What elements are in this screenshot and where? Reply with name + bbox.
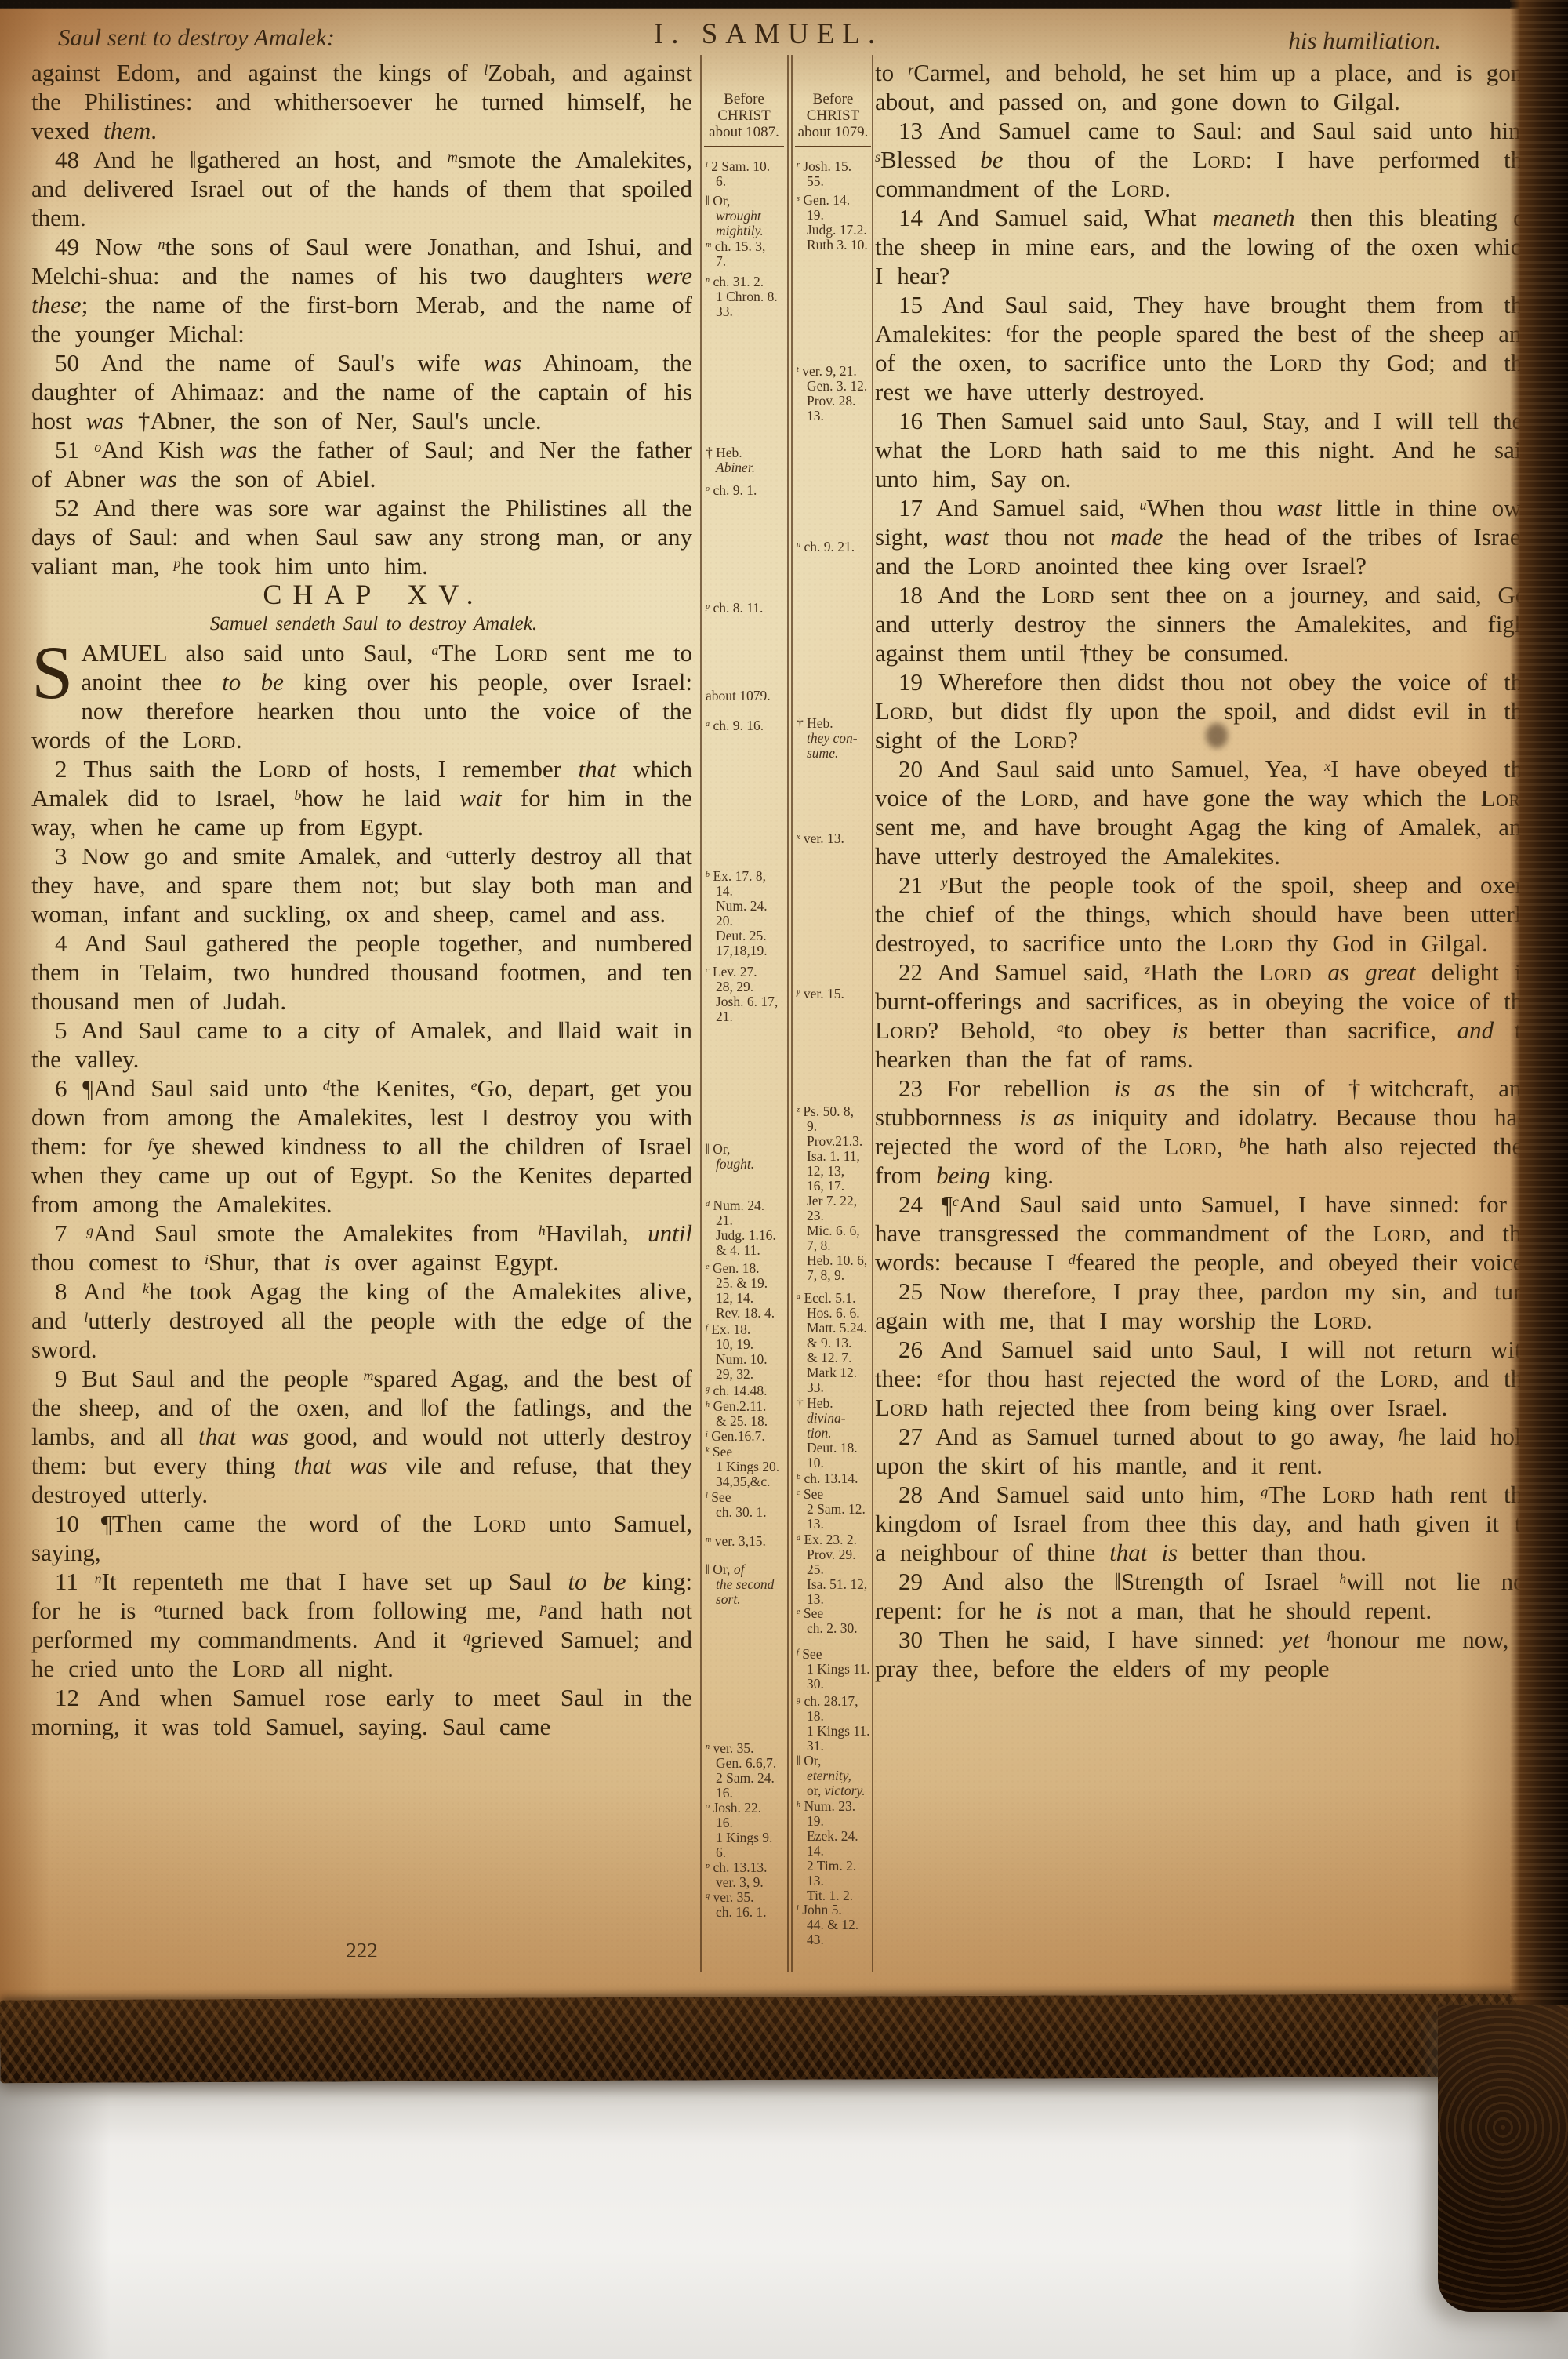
verse-paragraph: 25 Now therefore, I pray thee, pardon my… [875, 1277, 1534, 1335]
margin-note: t ver. 9, 21. Gen. 3. 12. Prov. 28. 13. [797, 364, 871, 423]
bible-page: Saul sent to destroy Amalek: I. SAMUEL. … [0, 0, 1568, 2008]
margin-note: e See ch. 2. 30. [797, 1606, 871, 1636]
margin-note: n ver. 35. Gen. 6.6,7. 2 Sam. 24. 16. [706, 1741, 784, 1801]
verse-paragraph: to rCarmel, and behold, he set him up a … [875, 58, 1534, 116]
book-page-edges [1510, 0, 1568, 2121]
chapter-subtitle: Samuel sendeth Saul to destroy Amalek. [31, 609, 692, 638]
margin-note: y ver. 15. [797, 987, 871, 1001]
margin-note: d Ex. 23. 2. Prov. 29. 25. Isa. 51. 12, … [797, 1532, 871, 1607]
verse-paragraph: 7 gAnd Saul smote the Amalekites from hH… [31, 1219, 692, 1277]
margin-heading-left: Before CHRIST about 1087. [704, 91, 784, 147]
verse-paragraph: 20 And Saul said unto Samuel, Yea, xI ha… [875, 754, 1534, 871]
margin-note: about 1079. [706, 689, 784, 703]
margin-note: b Ex. 17. 8, 14. Num. 24. 20. Deut. 25. … [706, 869, 784, 958]
margin-note: ‖ Or, of the second sort. [706, 1562, 784, 1607]
margin-note: o ch. 9. 1. [706, 483, 784, 498]
verse-paragraph: 9 But Saul and the people mspared Agag, … [31, 1364, 692, 1509]
margin-note: d Num. 24. 21. Judg. 1.16. & 4. 11. [706, 1198, 784, 1258]
margin-note: h Num. 23. 19. Ezek. 24. 14. 2 Tim. 2. 1… [797, 1799, 871, 1903]
verse-paragraph: 52 And there was sore war against the Ph… [31, 493, 692, 580]
verse-paragraph: 4 And Saul gathered the people together,… [31, 929, 692, 1016]
verse-paragraph: 48 And he ‖gathered an host, and msmote … [31, 145, 692, 232]
verse-paragraph: 6 ¶And Saul said unto dthe Kenites, eGo,… [31, 1074, 692, 1219]
margin-note: g ch. 14.48. [706, 1383, 784, 1398]
margin-note: i Gen.16.7. [706, 1429, 784, 1444]
verse-paragraph: 3 Now go and smite Amalek, and cutterly … [31, 841, 692, 929]
verse-paragraph: against Edom, and against the kings of l… [31, 58, 692, 145]
verse-paragraph: 5 And Saul came to a city of Amalek, and… [31, 1016, 692, 1074]
margin-note: c See 2 Sam. 12. 13. [797, 1487, 871, 1532]
margin-note: p ch. 13.13. ver. 3, 9. [706, 1860, 784, 1890]
verse-paragraph: SAMUEL also said unto Saul, aThe Lord se… [31, 638, 692, 754]
column-rule [700, 55, 702, 1972]
right-text-column: to rCarmel, and behold, he set him up a … [875, 58, 1534, 1683]
margin-note: p ch. 8. 11. [706, 601, 784, 616]
book-photo: Saul sent to destroy Amalek: I. SAMUEL. … [0, 0, 1568, 2359]
verse-paragraph: 49 Now nthe sons of Saul were Jonathan, … [31, 232, 692, 348]
margin-note: m ver. 3,15. [706, 1534, 784, 1549]
running-head-right: his humiliation. [1288, 27, 1441, 55]
margin-note: l 2 Sam. 10. 6. [706, 159, 784, 189]
verse-paragraph: 22 And Samuel said, zHath the Lord as gr… [875, 958, 1534, 1074]
verse-paragraph: 8 And khe took Agag the king of the Amal… [31, 1277, 692, 1364]
margin-heading-right: Before CHRIST about 1079. [795, 91, 871, 147]
drop-cap: S [31, 638, 81, 703]
verse-paragraph: 23 For rebellion is as the sin of †witch… [875, 1074, 1534, 1190]
margin-note: ‖ Or, wrought mightily. [706, 194, 784, 238]
verse-paragraph: 17 And Samuel said, uWhen thou wast litt… [875, 493, 1534, 580]
margin-note: q ver. 35. ch. 16. 1. [706, 1890, 784, 1920]
margin-note: u ch. 9. 21. [797, 540, 871, 554]
verse-paragraph: 26 And Samuel said unto Saul, I will not… [875, 1335, 1534, 1422]
margin-note: h Gen.2.11. & 25. 18. [706, 1399, 784, 1429]
verse-paragraph: 29 And also the ‖Strength of Israel hwil… [875, 1567, 1534, 1625]
margin-note: † Heb. Abiner. [706, 445, 784, 475]
margin-note: z Ps. 50. 8, 9. Prov.21.3. Isa. 1. 11, 1… [797, 1104, 871, 1283]
verse-paragraph: 16 Then Samuel said unto Saul, Stay, and… [875, 406, 1534, 493]
column-rule [872, 55, 873, 1972]
margin-note: † Heb. they con- sume. [797, 716, 871, 761]
margin-note: o Josh. 22. 16. 1 Kings 9. 6. [706, 1801, 784, 1860]
margin-note: c Lev. 27. 28, 29. Josh. 6. 17, 21. [706, 965, 784, 1024]
running-head: Saul sent to destroy Amalek: I. SAMUEL. … [0, 17, 1537, 61]
verse-paragraph: 19 Wherefore then didst thou not obey th… [875, 667, 1534, 754]
margin-column-right: Before CHRIST about 1079. r Josh. 15. 55… [795, 91, 871, 147]
margin-note: ‖ Or, eternity, or, victory. [797, 1754, 871, 1798]
margin-note: a Eccl. 5.1. Hos. 6. 6. Matt. 5.24. & 9.… [797, 1291, 871, 1395]
verse-paragraph: 21 yBut the people took of the spoil, sh… [875, 871, 1534, 958]
verse-paragraph: 12 And when Samuel rose early to meet Sa… [31, 1683, 692, 1741]
verse-paragraph: 24 ¶cAnd Saul said unto Samuel, I have s… [875, 1190, 1534, 1277]
verse-paragraph: 13 And Samuel came to Saul: and Saul sai… [875, 116, 1534, 203]
verse-paragraph: 18 And the Lord sent thee on a journey, … [875, 580, 1534, 667]
margin-note: k See 1 Kings 20. 34,35,&c. [706, 1445, 784, 1489]
left-text-column: against Edom, and against the kings of l… [31, 58, 692, 1741]
margin-note: ‖ Or, fought. [706, 1142, 784, 1172]
book-cover-corner [1438, 2005, 1568, 2312]
margin-note: x ver. 13. [797, 831, 871, 846]
margin-note: a ch. 9. 16. [706, 718, 784, 733]
margin-note: † Heb. divina- tion. Deut. 18. 10. [797, 1396, 871, 1470]
margin-column-left: Before CHRIST about 1087. l 2 Sam. 10. 6… [704, 91, 784, 147]
ink-stain [1206, 723, 1228, 748]
verse-paragraph: 28 And Samuel said unto him, gThe Lord h… [875, 1480, 1534, 1567]
verse-paragraph: 27 And as Samuel turned about to go away… [875, 1422, 1534, 1480]
column-rule [791, 55, 793, 1972]
verse-paragraph: 2 Thus saith the Lord of hosts, I rememb… [31, 754, 692, 841]
verse-paragraph: 50 And the name of Saul's wife was Ahino… [31, 348, 692, 435]
verse-paragraph: 10 ¶Then came the word of the Lord unto … [31, 1509, 692, 1567]
margin-note: f Ex. 18. 10, 19. Num. 10. 29, 32. [706, 1322, 784, 1382]
margin-note: m ch. 15. 3, 7. [706, 239, 784, 269]
chapter-heading: CHAP XV. [31, 580, 692, 609]
margin-note: n ch. 31. 2. 1 Chron. 8. 33. [706, 274, 784, 319]
book-foredge-pages [0, 2070, 1568, 2359]
margin-note: s Gen. 14. 19. Judg. 17.2. Ruth 3. 10. [797, 193, 871, 253]
margin-note: i John 5. 44. & 12. 43. [797, 1903, 871, 1947]
margin-note: l See ch. 30. 1. [706, 1490, 784, 1520]
verse-paragraph: 15 And Saul said, They have brought them… [875, 290, 1534, 406]
verse-paragraph: 30 Then he said, I have sinned: yet ihon… [875, 1625, 1534, 1683]
margin-note: f See 1 Kings 11. 30. [797, 1647, 871, 1692]
margin-note: r Josh. 15. 55. [797, 159, 871, 189]
column-rule [787, 55, 789, 1972]
margin-note: b ch. 13.14. [797, 1471, 871, 1486]
verse-paragraph: 14 And Samuel said, What meaneth then th… [875, 203, 1534, 290]
verse-paragraph: 51 oAnd Kish was the father of Saul; and… [31, 435, 692, 493]
page-number: 222 [31, 1939, 692, 1963]
margin-note: g ch. 28.17, 18. 1 Kings 11. 31. [797, 1694, 871, 1754]
margin-note: e Gen. 18. 25. & 19. 12, 14. Rev. 18. 4. [706, 1261, 784, 1321]
book-cover-edge [0, 1994, 1563, 2084]
verse-paragraph: 11 nIt repenteth me that I have set up S… [31, 1567, 692, 1683]
